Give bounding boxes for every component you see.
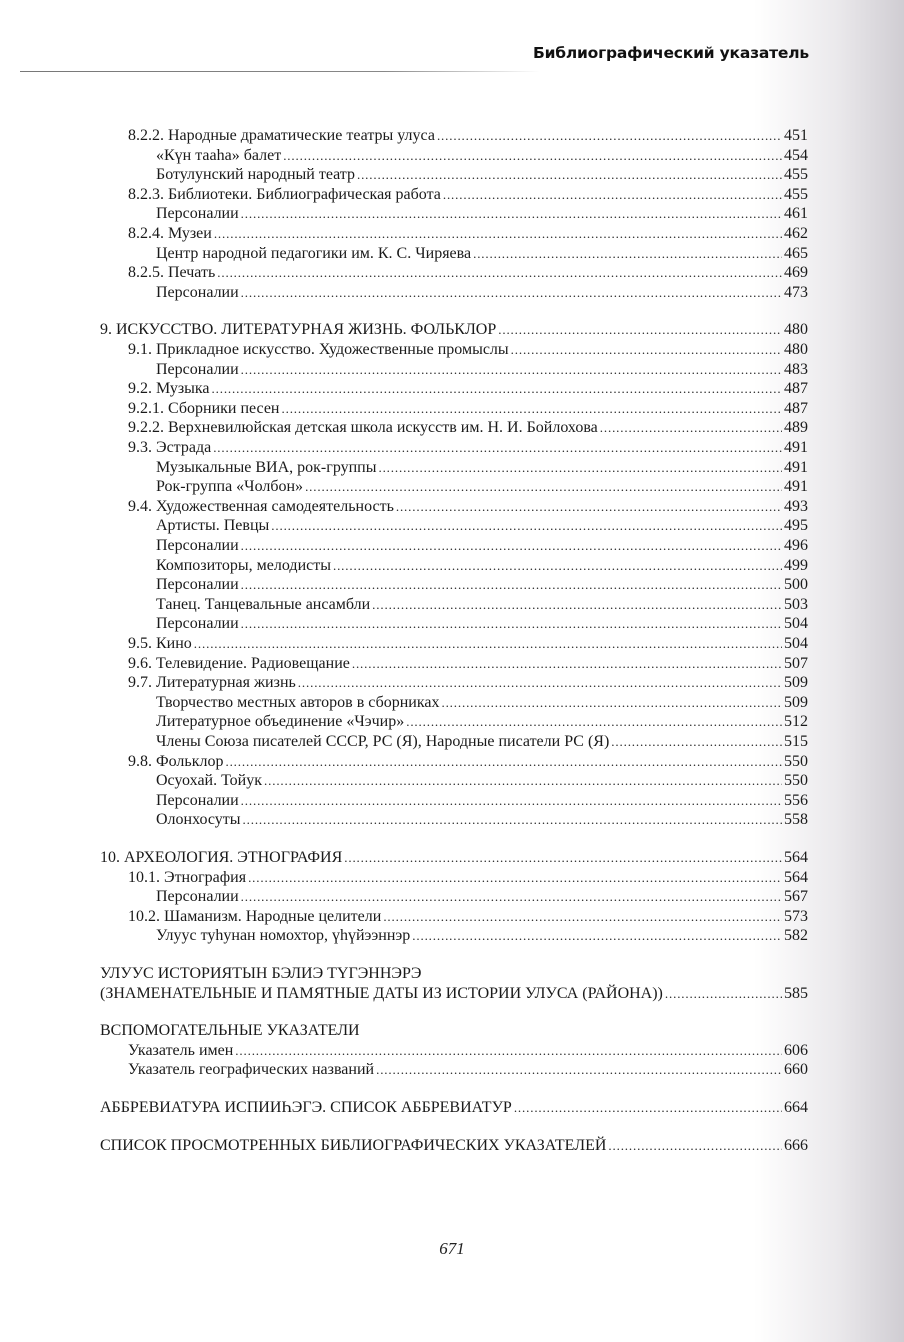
toc-entry-page: 465 <box>782 244 808 264</box>
toc-entry-page: 451 <box>782 126 808 146</box>
toc-entry: Осуохай. Тойук550 <box>156 771 808 791</box>
dot-leader <box>214 224 782 244</box>
dot-leader <box>352 654 782 674</box>
toc-entry-page: 489 <box>782 418 808 438</box>
toc-entry-page: 558 <box>782 810 808 830</box>
dot-leader <box>194 634 782 654</box>
toc-entry-page: 573 <box>782 907 808 927</box>
toc-entry-page: 483 <box>782 360 808 380</box>
toc-entry: Музыкальные ВИА, рок-группы491 <box>156 458 808 478</box>
toc-entry: 9.8. Фольклор550 <box>128 752 808 772</box>
dot-leader <box>514 1098 782 1118</box>
toc-entry-page: 660 <box>782 1060 808 1080</box>
dot-leader <box>372 595 782 615</box>
dot-leader <box>441 693 782 713</box>
toc-entry: Олонхосуты558 <box>156 810 808 830</box>
toc-entry-page: 496 <box>782 536 808 556</box>
dot-leader <box>271 516 782 536</box>
dot-leader <box>357 165 782 185</box>
toc-entry: УЛУУС ИСТОРИЯТЫН БЭЛИЭ ТҮГЭННЭРЭ <box>100 964 808 984</box>
dot-leader <box>383 907 782 927</box>
toc-entry-page: 504 <box>782 634 808 654</box>
toc-entry: Персоналии556 <box>156 791 808 811</box>
toc-entry-title: Персоналии <box>156 575 241 595</box>
toc-entry-title: Персоналии <box>156 614 241 634</box>
toc-entry: 9.6. Телевидение. Радиовещание507 <box>128 654 808 674</box>
toc-entry-title: 9.8. Фольклор <box>128 752 225 772</box>
dot-leader <box>282 399 783 419</box>
dot-leader <box>406 712 782 732</box>
toc-entry: Указатель географических названий660 <box>128 1060 808 1080</box>
toc-entry: Персоналии504 <box>156 614 808 634</box>
dot-leader <box>235 1041 782 1061</box>
toc-entry-title: Композиторы, мелодисты <box>156 556 333 576</box>
toc-entry-page: 487 <box>782 379 808 399</box>
toc-entry-title: Литературное объединение «Чэчир» <box>156 712 406 732</box>
dot-leader <box>611 732 782 752</box>
toc-entry-title: ВСПОМОГАТЕЛЬНЫЕ УКАЗАТЕЛИ <box>100 1021 360 1041</box>
toc-entry-page: 469 <box>782 263 808 283</box>
dot-leader <box>412 926 782 946</box>
toc-entry-page: 509 <box>782 673 808 693</box>
toc-entry: 9.1. Прикладное искусство. Художественны… <box>128 340 808 360</box>
dot-leader <box>437 126 782 146</box>
toc-entry: Персоналии461 <box>156 204 808 224</box>
dot-leader <box>248 868 782 888</box>
toc-entry: 9.7. Литературная жизнь509 <box>128 673 808 693</box>
dot-leader <box>298 673 782 693</box>
toc-entry: Указатель имен606 <box>128 1041 808 1061</box>
toc-entry-title: Артисты. Певцы <box>156 516 271 536</box>
dot-leader <box>241 283 782 303</box>
dot-leader <box>473 244 782 264</box>
toc-entry-title: СПИСОК ПРОСМОТРЕННЫХ БИБЛИОГРАФИЧЕСКИХ У… <box>100 1136 608 1156</box>
toc-entry-page: 606 <box>782 1041 808 1061</box>
toc-entry: Танец. Танцевальные ансамбли503 <box>156 595 808 615</box>
toc-entry: 9. ИСКУССТВО. ЛИТЕРАТУРНАЯ ЖИЗНЬ. ФОЛЬКЛ… <box>100 320 808 340</box>
toc-entry-title: Персоналии <box>156 283 241 303</box>
toc-entry-title: Олонхосуты <box>156 810 243 830</box>
toc-entry-title: 9.2.2. Верхневилюйская детская школа иск… <box>128 418 600 438</box>
toc-entry: ВСПОМОГАТЕЛЬНЫЕ УКАЗАТЕЛИ <box>100 1021 808 1041</box>
toc-entry-title: Творчество местных авторов в сборниках <box>156 693 441 713</box>
toc-entry-page: 491 <box>782 477 808 497</box>
toc-entry-page: 462 <box>782 224 808 244</box>
toc-entry-title: 9.3. Эстрада <box>128 438 213 458</box>
dot-leader <box>241 887 782 907</box>
toc-entry-title: Танец. Танцевальные ансамбли <box>156 595 372 615</box>
dot-leader <box>333 556 782 576</box>
toc-entry-title: 8.2.5. Печать <box>128 263 217 283</box>
toc-entry: 9.2.2. Верхневилюйская детская школа иск… <box>128 418 808 438</box>
toc-entry: 8.2.3. Библиотеки. Библиографическая раб… <box>128 185 808 205</box>
toc-entry: Композиторы, мелодисты499 <box>156 556 808 576</box>
toc-entry-title: 9.1. Прикладное искусство. Художественны… <box>128 340 511 360</box>
dot-leader <box>241 204 782 224</box>
toc-entry: 8.2.2. Народные драматические театры улу… <box>128 126 808 146</box>
toc-entry: 9.3. Эстрада491 <box>128 438 808 458</box>
toc-entry-title: Рок-группа «Чолбон» <box>156 477 305 497</box>
toc-entry-page: 491 <box>782 438 808 458</box>
toc-entry-title: 10. АРХЕОЛОГИЯ. ЭТНОГРАФИЯ <box>100 848 344 868</box>
dot-leader <box>264 771 782 791</box>
toc-entry-title: 9.5. Кино <box>128 634 194 654</box>
toc-entry-title: Музыкальные ВИА, рок-группы <box>156 458 378 478</box>
toc-entry: 9.2.1. Сборники песен487 <box>128 399 808 419</box>
dot-leader <box>217 263 782 283</box>
toc-entry-title: Указатель имен <box>128 1041 235 1061</box>
toc-entry-page: 564 <box>782 848 808 868</box>
toc-entry: 8.2.5. Печать469 <box>128 263 808 283</box>
dot-leader <box>376 1060 782 1080</box>
header-rule <box>20 71 540 72</box>
toc-entry-title: Центр народной педагогики им. К. С. Чиря… <box>156 244 473 264</box>
toc-entry-page: 556 <box>782 791 808 811</box>
toc-entry-title: Осуохай. Тойук <box>156 771 264 791</box>
toc-entry-title: 8.2.2. Народные драматические театры улу… <box>128 126 437 146</box>
dot-leader <box>213 438 782 458</box>
toc-entry-title: 8.2.3. Библиотеки. Библиографическая раб… <box>128 185 443 205</box>
dot-leader <box>665 984 782 1004</box>
dot-leader <box>241 536 782 556</box>
toc-entry-title: «Күн тааһа» балет <box>156 146 283 166</box>
toc-entry-page: 515 <box>782 732 808 752</box>
toc-entry-title: 9.7. Литературная жизнь <box>128 673 298 693</box>
toc-entry: Ботулунский народный театр455 <box>156 165 808 185</box>
toc-entry-title: (ЗНАМЕНАТЕЛЬНЫЕ И ПАМЯТНЫЕ ДАТЫ ИЗ ИСТОР… <box>100 984 665 1004</box>
dot-leader <box>225 752 782 772</box>
toc-entry-page: 512 <box>782 712 808 732</box>
dot-leader <box>305 477 782 497</box>
toc-entry: Артисты. Певцы495 <box>156 516 808 536</box>
dot-leader <box>283 146 782 166</box>
toc-entry: АББРЕВИАТУРА ИСПИИҺЭГЭ. СПИСОК АББРЕВИАТ… <box>100 1098 808 1118</box>
toc-entry-page: 504 <box>782 614 808 634</box>
dot-leader <box>443 185 782 205</box>
toc-entry-title: Персоналии <box>156 536 241 556</box>
toc-entry-title: 10.2. Шаманизм. Народные целители <box>128 907 383 927</box>
toc-entry-title: 9.2. Музыка <box>128 379 212 399</box>
dot-leader <box>378 458 782 478</box>
toc-entry: 10. АРХЕОЛОГИЯ. ЭТНОГРАФИЯ564 <box>100 848 808 868</box>
toc-entry-title: 10.1. Этнография <box>128 868 248 888</box>
toc-entry-title: 9.2.1. Сборники песен <box>128 399 282 419</box>
dot-leader <box>511 340 782 360</box>
dot-leader <box>212 379 782 399</box>
toc-entry-page: 454 <box>782 146 808 166</box>
toc-entry-page: 500 <box>782 575 808 595</box>
dot-leader <box>498 320 782 340</box>
toc-entry: Персоналии496 <box>156 536 808 556</box>
toc-entry: Персоналии567 <box>156 887 808 907</box>
toc-entry-page: 480 <box>782 340 808 360</box>
toc-entry: Центр народной педагогики им. К. С. Чиря… <box>156 244 808 264</box>
page-number: 671 <box>0 1239 904 1259</box>
toc-entry-page: 473 <box>782 283 808 303</box>
toc-entry: 10.2. Шаманизм. Народные целители573 <box>128 907 808 927</box>
toc-entry-page: 480 <box>782 320 808 340</box>
toc-entry-page: 509 <box>782 693 808 713</box>
dot-leader <box>608 1136 782 1156</box>
toc-entry-title: Персоналии <box>156 887 241 907</box>
toc-entry-page: 491 <box>782 458 808 478</box>
dot-leader <box>600 418 782 438</box>
dot-leader <box>241 791 782 811</box>
toc-entry: 10.1. Этнография564 <box>128 868 808 888</box>
toc-entry-title: 8.2.4. Музеи <box>128 224 214 244</box>
toc-entry: Персоналии473 <box>156 283 808 303</box>
toc-entry-title: Улуус туһунан номохтор, үһүйээннэр <box>156 926 412 946</box>
toc-entry: (ЗНАМЕНАТЕЛЬНЫЕ И ПАМЯТНЫЕ ДАТЫ ИЗ ИСТОР… <box>100 984 808 1004</box>
dot-leader <box>241 575 782 595</box>
toc-entry-page: 499 <box>782 556 808 576</box>
toc-entry: 9.2. Музыка487 <box>128 379 808 399</box>
toc-entry: Литературное объединение «Чэчир»512 <box>156 712 808 732</box>
toc-entry: Творчество местных авторов в сборниках50… <box>156 693 808 713</box>
toc-entry: Персоналии500 <box>156 575 808 595</box>
toc-entry: 9.4. Художественная самодеятельность493 <box>128 497 808 517</box>
toc-entry-page: 487 <box>782 399 808 419</box>
dot-leader <box>241 614 782 634</box>
toc-entry-page: 455 <box>782 185 808 205</box>
dot-leader <box>396 497 782 517</box>
toc-entry-title: Персоналии <box>156 204 241 224</box>
toc-entry-title: Персоналии <box>156 791 241 811</box>
toc-entry-title: 9.6. Телевидение. Радиовещание <box>128 654 352 674</box>
toc-entry-page: 493 <box>782 497 808 517</box>
toc-entry-page: 666 <box>782 1136 808 1156</box>
toc-entry: 8.2.4. Музеи462 <box>128 224 808 244</box>
toc-entry: 9.5. Кино504 <box>128 634 808 654</box>
toc-entry-title: Ботулунский народный театр <box>156 165 357 185</box>
toc-entry-page: 564 <box>782 868 808 888</box>
toc-entry: Улуус туһунан номохтор, үһүйээннэр582 <box>156 926 808 946</box>
toc-entry-page: 585 <box>782 984 808 1004</box>
dot-leader <box>243 810 782 830</box>
toc-entry-title: Персоналии <box>156 360 241 380</box>
toc-entry-title: Указатель географических названий <box>128 1060 376 1080</box>
dot-leader <box>344 848 782 868</box>
toc-entry-title: АББРЕВИАТУРА ИСПИИҺЭГЭ. СПИСОК АББРЕВИАТ… <box>100 1098 514 1118</box>
toc-entry: Члены Союза писателей СССР, РС (Я), Наро… <box>156 732 808 752</box>
running-head: Библиографический указатель <box>533 44 809 62</box>
toc-entry-page: 455 <box>782 165 808 185</box>
toc-entry-page: 461 <box>782 204 808 224</box>
toc-entry-title: 9. ИСКУССТВО. ЛИТЕРАТУРНАЯ ЖИЗНЬ. ФОЛЬКЛ… <box>100 320 498 340</box>
toc-entry: СПИСОК ПРОСМОТРЕННЫХ БИБЛИОГРАФИЧЕСКИХ У… <box>100 1136 808 1156</box>
toc-entry-title: 9.4. Художественная самодеятельность <box>128 497 396 517</box>
toc-entry-page: 550 <box>782 771 808 791</box>
toc-entry-page: 664 <box>782 1098 808 1118</box>
toc-entry-page: 507 <box>782 654 808 674</box>
toc-entry-page: 550 <box>782 752 808 772</box>
toc-entry: Персоналии483 <box>156 360 808 380</box>
toc-entry-page: 495 <box>782 516 808 536</box>
dot-leader <box>241 360 782 380</box>
toc-entry-page: 582 <box>782 926 808 946</box>
toc-entry-page: 567 <box>782 887 808 907</box>
toc-entry-page: 503 <box>782 595 808 615</box>
toc-entry-title: УЛУУС ИСТОРИЯТЫН БЭЛИЭ ТҮГЭННЭРЭ <box>100 964 421 984</box>
toc-entry-title: Члены Союза писателей СССР, РС (Я), Наро… <box>156 732 611 752</box>
toc-entry: «Күн тааһа» балет454 <box>156 146 808 166</box>
toc-entry: Рок-группа «Чолбон»491 <box>156 477 808 497</box>
